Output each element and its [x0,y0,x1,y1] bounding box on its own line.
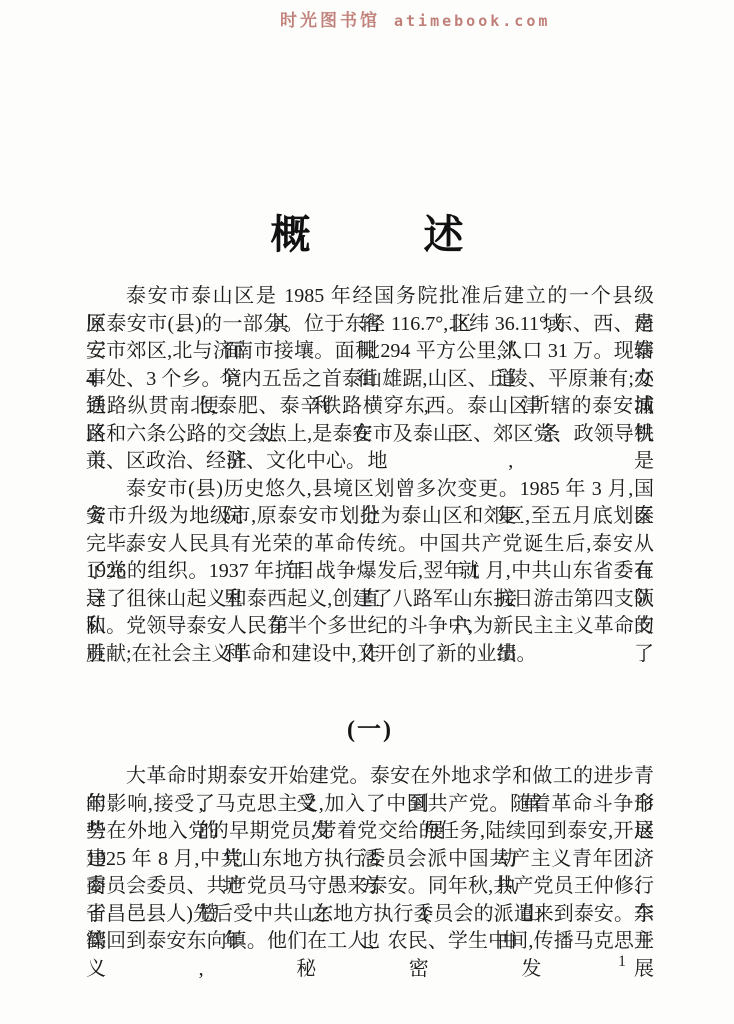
scanned-book-page: 时光图书馆 atimebook.com 概 述 泰安市泰山区是 1985 年经国… [0,0,734,1024]
text-line: 泰安市(县)历史悠久,县境区划曾多次变更。1985 年 3 月,国务院批复泰 [86,476,654,504]
text-line: 省昌邑县人)先后受中共山东地方执行委员会的派遣来到泰安。李鹤年也由开 [86,901,654,929]
text-line: 安市郊区,北与济南市接壤。面积 294 平方公里,人口 31 万。现辖 4 个街… [86,338,654,366]
page-title: 概 述 [0,213,734,257]
text-line: 泰安人民具有光荣的革命传统。中国共产党诞生后,泰安从 1926 年就有 [86,531,654,559]
text-line: 1925 年 8 月,中共山东地方执行委员会派中国共产主义青年团济南地方执行 [86,846,654,874]
section-heading: (一) [86,715,654,745]
text-line: 路和六条公路的交会点上,是泰安市及泰山区、郊区党、政领导机关驻地,是 [86,421,654,449]
watermark: 时光图书馆 atimebook.com [280,6,550,31]
text-line: 事处、3 个乡。境内五岳之首泰山雄踞,山区、丘陵、平原兼有;交通便利,津浦 [86,366,654,394]
text-line: 导了徂徕山起义和泰西起义,创建了八路军山东抗日游击第四支队和第六支 [86,586,654,614]
text-line: 滦回到泰安东向镇。他们在工人、农民、学生中间,传播马克思主义,秘密发展 [86,928,654,956]
text-line: 的影响,接受了马克思主义,加入了中国共产党。随着革命斗争形势的发展,这 [86,791,654,819]
title-char-2: 述 [424,213,464,257]
paragraph: 泰安人民具有光荣的革命传统。中国共产党诞生后,泰安从 1926 年就有 了党的组… [86,531,654,669]
text-line: 原泰安市(县)的一部分。位于东径 116.7°,北纬 36.11°,东、西、南三… [86,311,654,339]
page-number: 1 [618,953,626,971]
text-line: 队。党领导泰安人民在半个多世纪的斗争中,为新民主主义革命的胜利作出了 [86,613,654,641]
title-char-1: 概 [271,213,311,257]
body-text: 泰安市泰山区是 1985 年经国务院批准后建立的一个县级区。其辖区域是 原泰安市… [86,283,654,956]
watermark-site-url: atimebook.com [394,12,550,30]
text-line: 些在外地入党的早期党员,带着党交给的任务,陆续回到泰安,开展建党活动。 [86,818,654,846]
text-line: 委员会委员、共产党员马守愚来泰安。同年秋,共产党员王仲修、于赞之(山东 [86,873,654,901]
paragraph: 泰安市泰山区是 1985 年经国务院批准后建立的一个县级区。其辖区域是 原泰安市… [86,283,654,476]
paragraph: 泰安市(县)历史悠久,县境区划曾多次变更。1985 年 3 月,国务院批复泰 安… [86,476,654,531]
text-line: 安市升级为地级市,原泰安市划分为泰山区和郊区,至五月底划区完毕。 [86,503,654,531]
text-line: 了党的组织。1937 年抗日战争爆发后,翌年 1 月,中共山东省委在这里直接领 [86,558,654,586]
watermark-site-name: 时光图书馆 [280,6,380,31]
text-line: 铁路纵贯南北,泰肥、泰辛铁路横穿东西。泰山区所辖的泰安城区,处在三条铁 [86,393,654,421]
text-line: 大革命时期泰安开始建党。泰安在外地求学和做工的进步青年,受到革命 [86,763,654,791]
paragraph: 大革命时期泰安开始建党。泰安在外地求学和做工的进步青年,受到革命 的影响,接受了… [86,763,654,956]
text-line: 泰安市泰山区是 1985 年经国务院批准后建立的一个县级区。其辖区域是 [86,283,654,311]
